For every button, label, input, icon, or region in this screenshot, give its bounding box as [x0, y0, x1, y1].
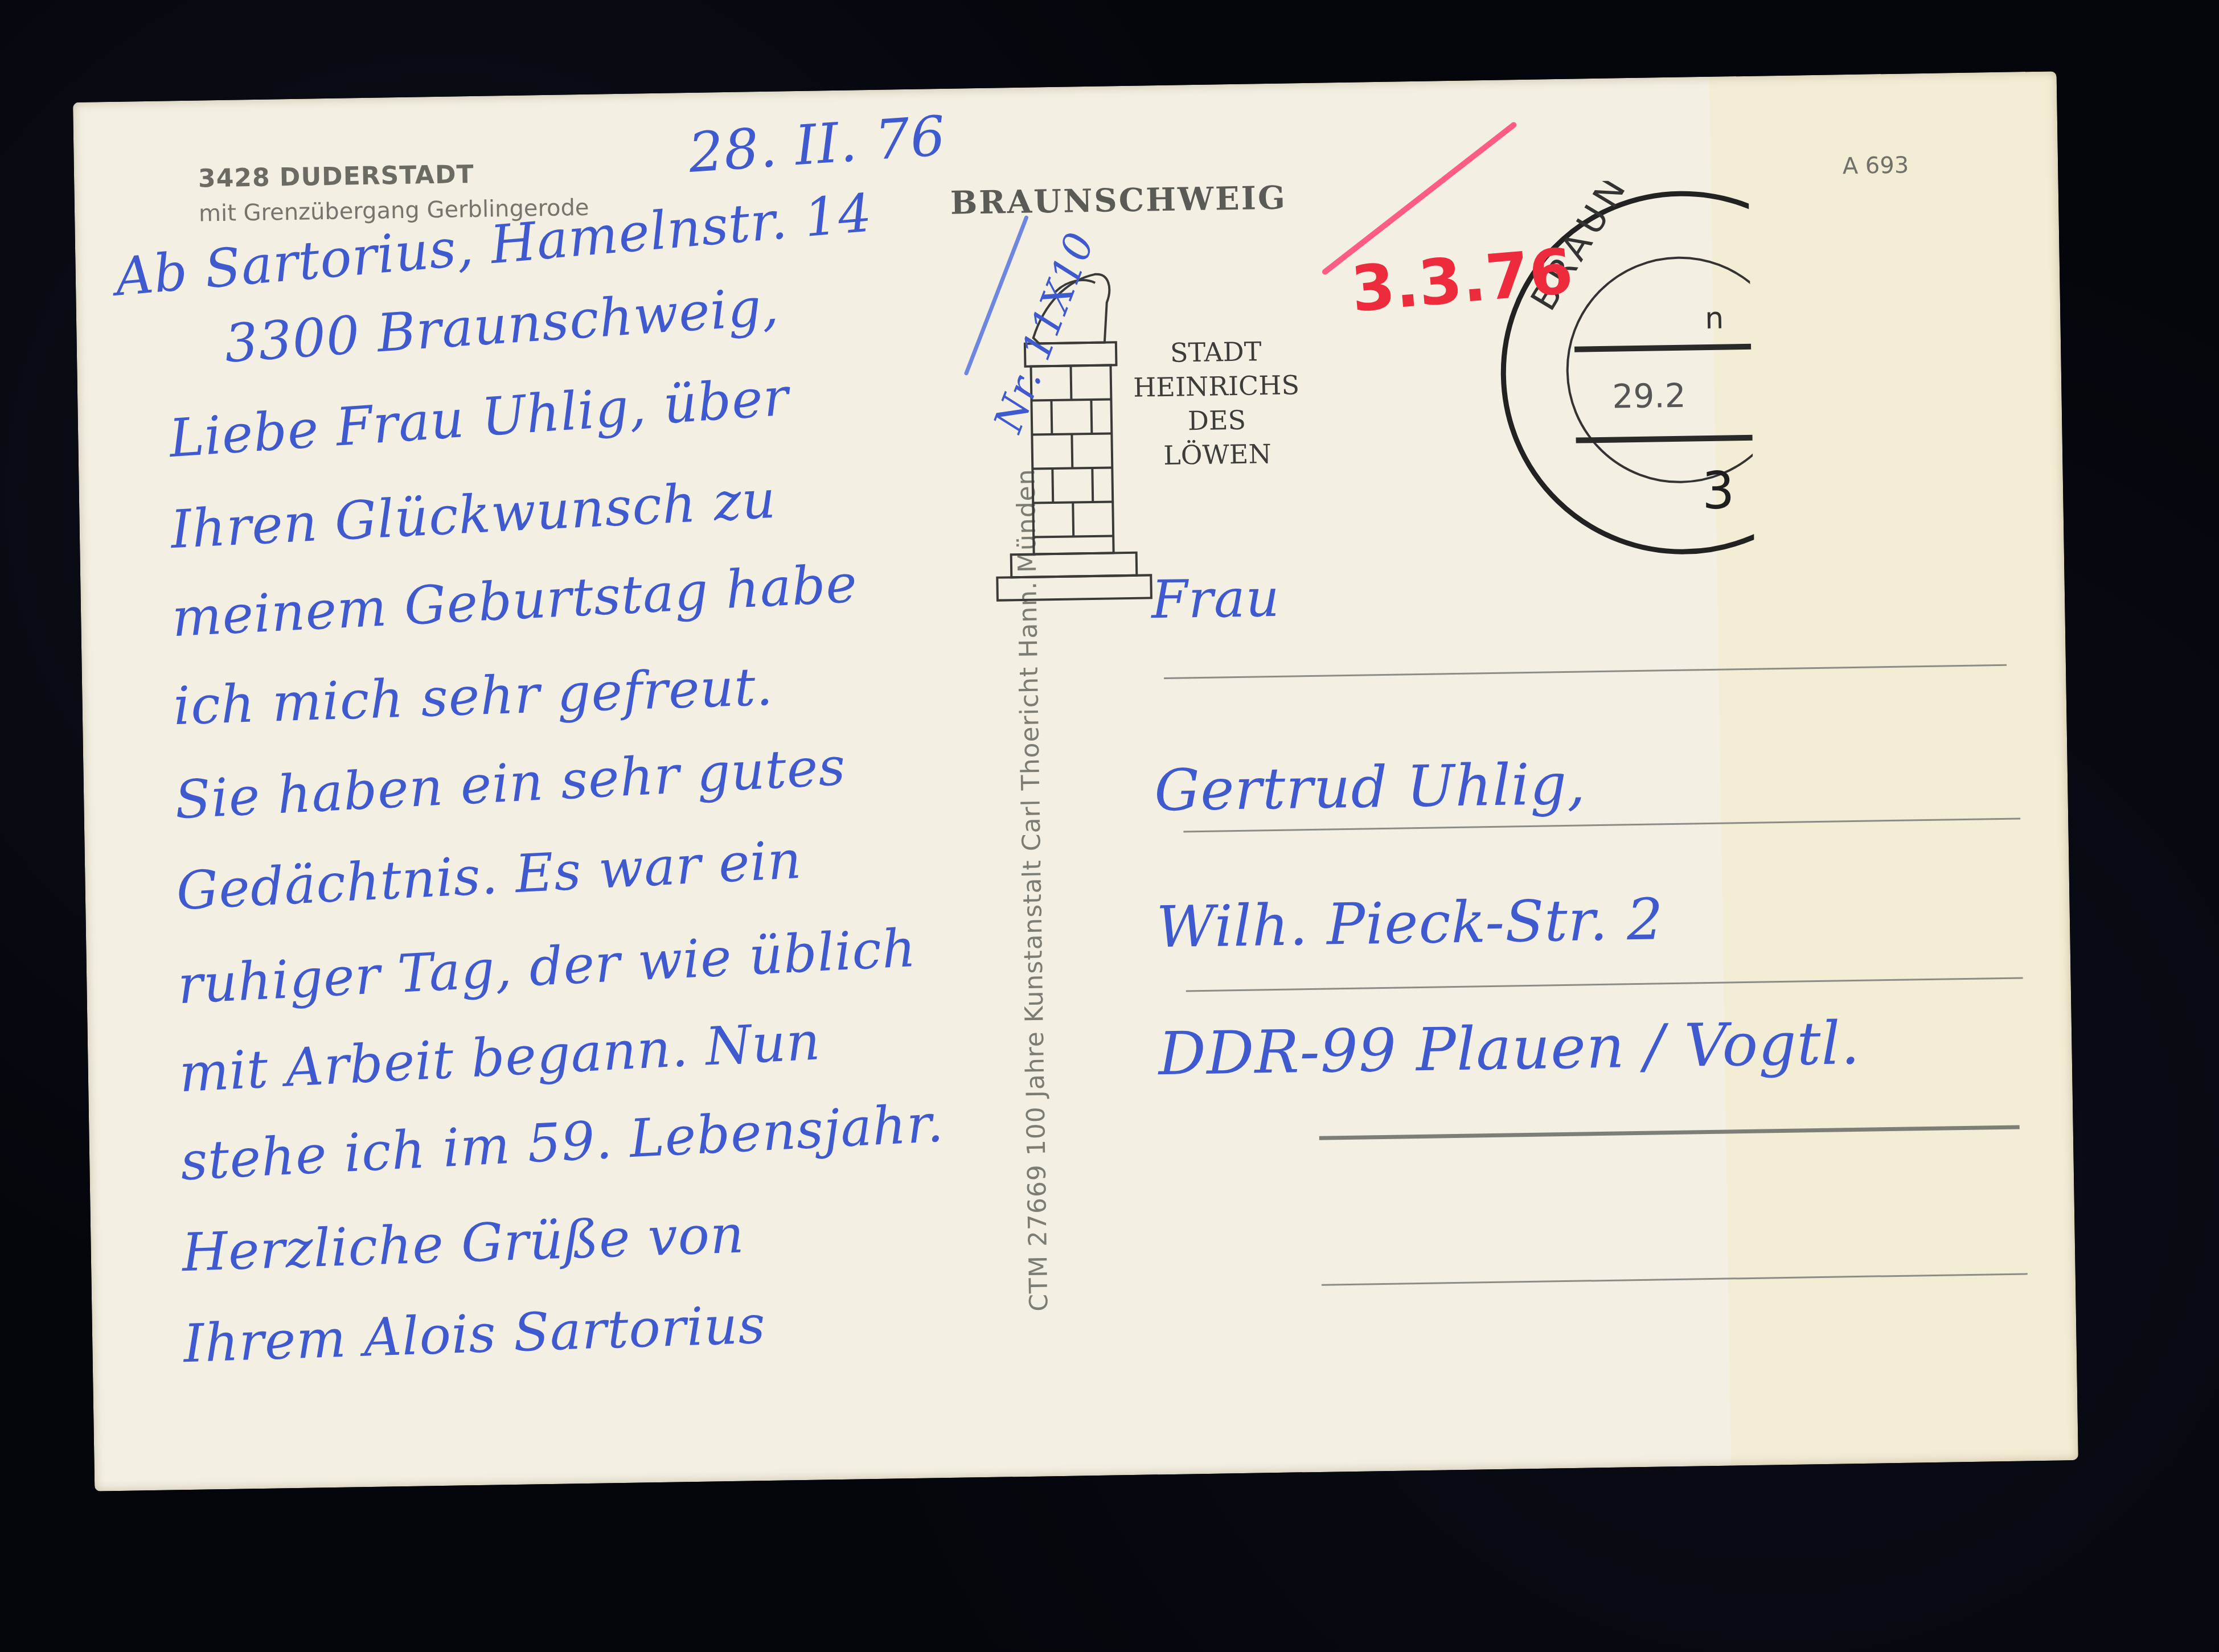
address-line	[1164, 664, 2007, 679]
handwritten-date: 28. II. 76	[687, 104, 948, 184]
recipient-street: Wilh. Pieck-Str. 2	[1156, 886, 1664, 960]
recipient-salutation: Frau	[1151, 568, 1281, 631]
postmark-letter: n	[1705, 302, 1724, 336]
message-line: Ihren Glückwunsch zu	[169, 469, 777, 561]
message-line: ich mich sehr gefreut.	[173, 656, 774, 737]
message-line: Liebe Frau Uhlig, über	[167, 366, 791, 469]
cancel-city-text: BRAUNSCHWEIG	[950, 179, 1287, 222]
message-line: stehe ich im 59. Lebensjahr.	[179, 1092, 945, 1192]
message-line: Sie haben ein sehr gutes	[174, 736, 847, 831]
address-line-underline	[1319, 1125, 2020, 1140]
cancel-slogan: STADT HEINRICHS DES LÖWEN	[1113, 334, 1320, 474]
slogan-line: HEINRICHS	[1114, 368, 1319, 405]
postmark-code: 3	[1701, 461, 1735, 521]
message-line: mit Arbeit begann. Nun	[178, 1010, 822, 1104]
recipient-city: DDR-99 Plauen / Vogtl.	[1158, 1008, 1861, 1088]
message-line: meinem Geburtstag habe	[171, 553, 859, 648]
postcard: 3428 DUDERSTADT mit Grenzübergang Gerbli…	[73, 71, 2078, 1491]
postmark: BRAUNS n 29.2 3	[1487, 179, 1754, 558]
printed-title: 3428 DUDERSTADT	[198, 160, 474, 194]
message-line: ruhiger Tag, der wie üblich	[177, 918, 918, 1016]
address-line	[1322, 1273, 2028, 1285]
postmark-date: 29.2	[1612, 376, 1686, 416]
slogan-line: LÖWEN	[1115, 436, 1320, 474]
message-line: Gedächtnis. Es war ein	[175, 829, 803, 922]
recipient-name: Gertrud Uhlig,	[1154, 750, 1586, 824]
message-line: Herzliche Grüße von	[181, 1204, 745, 1284]
slogan-line: DES	[1114, 402, 1320, 439]
catalog-code: A 693	[1842, 152, 1909, 179]
message-line: Ihrem Alois Sartorius	[183, 1294, 767, 1374]
address-line	[1186, 977, 2023, 992]
slogan-line: STADT	[1113, 334, 1319, 371]
stamp-area	[1709, 71, 2065, 589]
